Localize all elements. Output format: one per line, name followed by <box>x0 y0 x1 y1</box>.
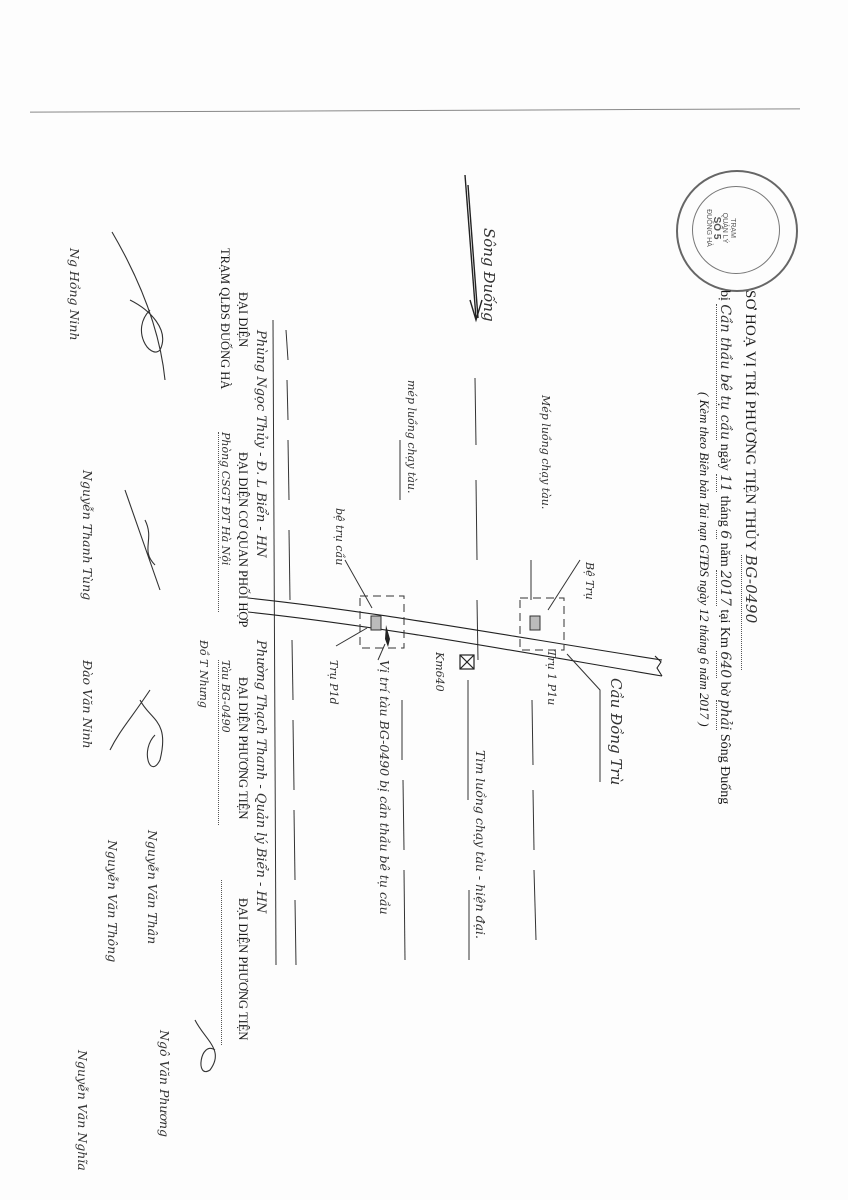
pier-label-upper: Trụ 1 P1u <box>545 650 558 705</box>
channel-center-label: Tim luồng chạy tàu - hiện đại. <box>473 750 488 939</box>
pier-base-upper-label: Bệ Trụ <box>583 562 596 600</box>
channel-edge-left-label: mép luồng chạy tàu. <box>405 380 418 494</box>
pier-base-lower-box <box>360 596 404 648</box>
pier-lower <box>371 616 381 630</box>
channel-center-line <box>468 680 469 960</box>
vessel1-signer-role: Đồ T Nhưng <box>197 640 210 708</box>
vessel2-signer-org-line <box>221 880 232 1045</box>
channel-edge-right-line <box>475 378 478 660</box>
pier-base-upper-leader <box>548 560 580 610</box>
left-signer-name: Ng Hồng Ninh <box>67 248 82 341</box>
vessel-position-label: Vị trí tàu BG-0490 bị cần thầu bê tụ cầu <box>377 660 392 915</box>
pier-base-upper-box <box>520 598 564 650</box>
river-label: Sông Đuống <box>480 228 498 322</box>
vessel1-signer-header: ĐẠI DIỆN PHƯƠNG TIỆN <box>235 677 250 819</box>
channel-edge-left-line <box>400 440 405 960</box>
incident-diagram <box>0 0 848 1200</box>
left-bank-lines <box>273 320 296 965</box>
left-signer-header-1: ĐẠI DIỆN <box>235 292 250 347</box>
vessel-marker <box>385 625 390 647</box>
vessel1-signer-name: Đào Văn Ninh <box>80 660 95 749</box>
pier-lower-leader <box>336 628 367 646</box>
left-org-note: Phùng Ngọc Thủy - Đ. L Biển - HN <box>253 330 268 558</box>
pier-base-lower-label: bệ trụ cầu <box>333 508 346 565</box>
bridge-deck <box>248 598 662 676</box>
vessel2-signer-name-4: Nguyễn Văn Nghĩa <box>75 1050 90 1171</box>
left-signer-header-2: TRẠM QLĐS ĐUỐNG HÀ <box>217 248 232 389</box>
pier-upper <box>530 616 540 630</box>
coop-signer-header: ĐẠI DIỆN CƠ QUAN PHỐI HỢP <box>235 452 250 627</box>
pier-label-lower: Trụ P1d <box>327 660 340 705</box>
vessel2-signer-header: ĐẠI DIỆN PHƯƠNG TIỆN <box>235 898 250 1040</box>
vessel2-signer-name-2: Nguyễn Văn Thân <box>145 830 160 944</box>
vessel2-signer-name-3: Ngô Văn Phương <box>157 1030 172 1137</box>
bridge-label: Cầu Đồng Trù <box>607 678 625 785</box>
km-marker-icon <box>460 655 474 669</box>
bridge-name-leader <box>567 654 600 782</box>
vessel2-signer-name-1: Nguyễn Văn Thông <box>105 840 120 962</box>
km-marker-label: Km640 <box>433 652 446 692</box>
document-page: TRẠM QUẢN LÝ SỐ 5 ĐUỐNG HÀ SƠ HOẠ VỊ TRÍ… <box>0 0 848 1200</box>
pier-base-lower-leader <box>345 560 372 608</box>
coop-signer-name: Nguyễn Thanh Tùng <box>80 470 95 600</box>
coop-signer-org: Phòng CSGT ĐT Hà Nội <box>218 432 232 612</box>
vessel-leader <box>378 644 385 660</box>
vessel1-signer-org: Tàu BG-0490 <box>218 660 232 825</box>
channel-edge-right-label: Mép luồng chạy tàu. <box>539 395 552 509</box>
bottom-org-note: Phường Thạch Thanh - Quản lý Biển - HN <box>253 640 268 913</box>
